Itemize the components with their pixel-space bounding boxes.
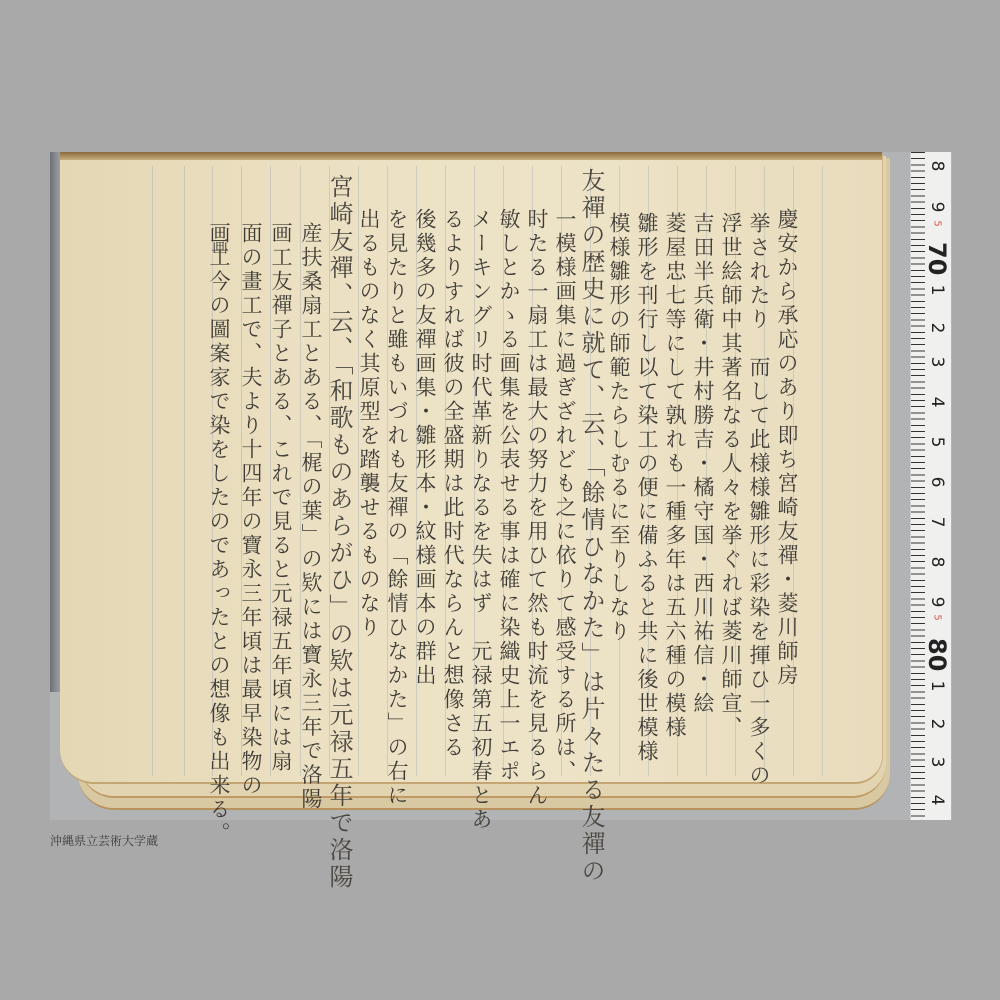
- text-column: 吉田半兵衛・井村勝吉・橘守国・西川祐信・絵: [690, 212, 716, 716]
- ruler-label: 70: [923, 242, 951, 266]
- ruler-label: 5: [932, 606, 943, 630]
- text-column: 挙されたり 而して此様様雛形に彩染を揮ひ一多くの: [746, 212, 772, 788]
- text-column: 时たる一扇工は最大の努力を用ひて然も时流を見るらん: [524, 208, 550, 808]
- ruler-label: 1: [927, 674, 947, 698]
- text-column: を見たりと雖もいづれも友禪の「餘情ひなかた」の右に: [384, 208, 410, 808]
- text-column: 菱屋忠七等にして孰れも一種多年は五六種の模様: [662, 212, 688, 740]
- text-column: 模様雛形の師範たらしむるに至りしなり: [606, 212, 632, 644]
- ruled-line: [184, 166, 185, 776]
- ruler-label: 3: [927, 750, 947, 774]
- page-mark: 画: [212, 234, 228, 257]
- text-column: 画工今の圖案家で染をしたのであったとの想像も出来る。: [206, 222, 232, 846]
- measuring-ruler: 8 9 5 70 1 2 3 4 5 6 7 8 9 5 80 1 2 3 4: [910, 152, 951, 820]
- text-column: るよりすれば彼の全盛期は此时代ならんと想像さる: [440, 208, 466, 760]
- text-column: 後幾多の友禪画集・雛形本・紋様画本の群出: [412, 208, 438, 688]
- text-column: メーキングリ时代革新りなるを失はず 元禄第五初春とあ: [468, 208, 494, 832]
- ruler-label: 7: [927, 510, 947, 534]
- text-column: 敏しとかゝる画集を公表せる事は確に染織史上一エポ: [496, 208, 522, 784]
- spine-shadow: [50, 152, 60, 692]
- ruler-label: 2: [927, 712, 947, 736]
- text-column: 産扶桑扇工とある、「梶の葉」の欵には寶永三年で洛陽: [298, 222, 324, 812]
- ruled-line: [152, 166, 153, 776]
- ruled-line: [822, 166, 823, 776]
- ruler-label: 2: [927, 316, 947, 340]
- ruler-label: 6: [927, 470, 947, 494]
- ruler-label: 3: [927, 350, 947, 374]
- ruler-label: 80: [923, 638, 951, 662]
- page-top-edge: [60, 152, 882, 160]
- ruler-label: 4: [927, 788, 947, 812]
- text-column: 慶安から承応のあり即ち宮崎友禪・菱川師房: [774, 208, 800, 688]
- ruler-label: 5: [927, 430, 947, 454]
- text-column: 画工友禪子とある、これで見ると元禄五年頃には扇: [268, 222, 294, 774]
- ruler-label: 1: [927, 278, 947, 302]
- ruler-label: 5: [932, 212, 943, 236]
- text-column: 面の畫工で、夫より十四年の寶永三年頃は最早染物の: [238, 222, 264, 798]
- ruler-label: 8: [927, 550, 947, 574]
- text-column: 一模様画集に過ぎざれども之に依りて感受する所は、: [552, 208, 578, 784]
- text-column: 雛形を刊行し以て染工の便に備ふると共に後世模様: [634, 212, 660, 764]
- text-column: 浮世絵師中其著名なる人々を挙ぐれば菱川師宣、: [718, 212, 744, 740]
- collection-caption: 沖縄県立芸術大学蔵: [50, 832, 158, 849]
- ruler-label: 8: [927, 154, 947, 178]
- section-heading-yuzen-history: 友禪の歴史に就て、云、「餘情ひなかた」は片々たる友禪の: [578, 168, 604, 885]
- ruler-label: 4: [927, 390, 947, 414]
- text-column: 出るものなく其原型を踏襲せるものなり: [356, 208, 382, 640]
- section-heading-miyazaki-yuzen: 宮崎友禪、云、「和歌ものあらがひ」の欵は元禄五年で洛陽: [326, 174, 352, 891]
